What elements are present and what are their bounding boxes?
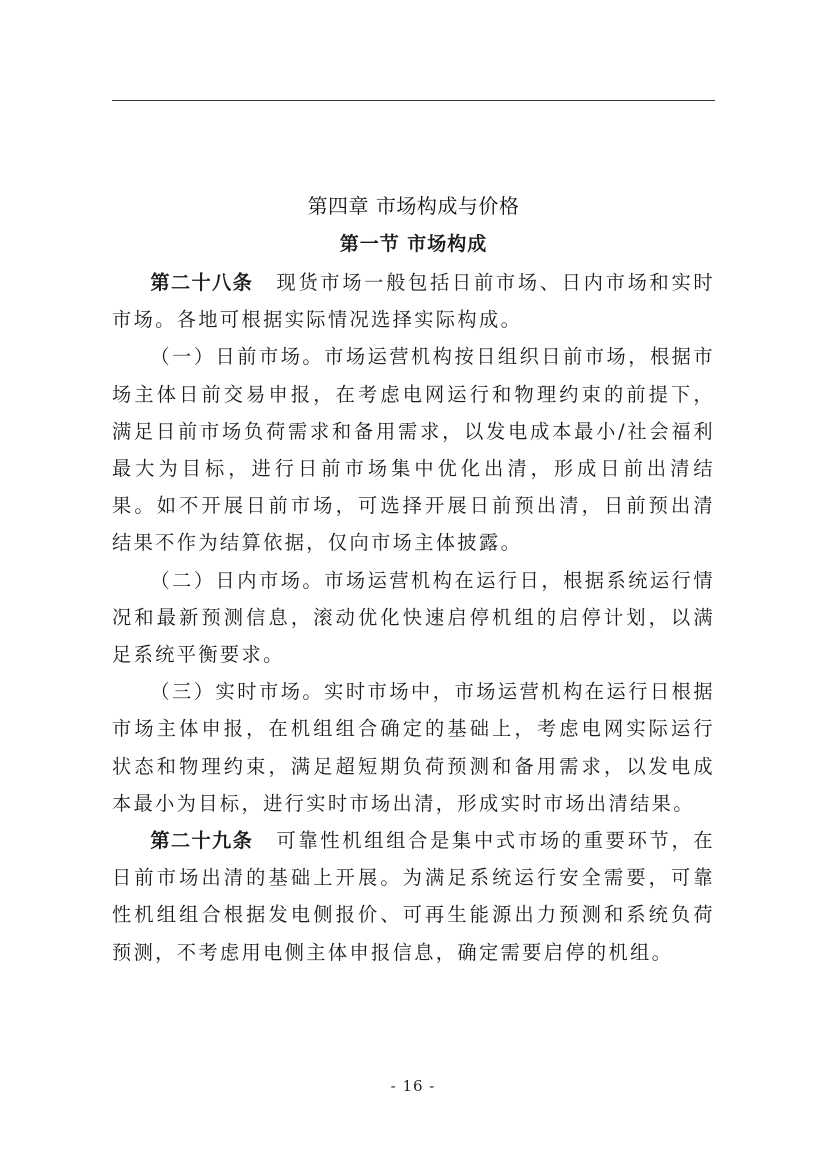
document-page: 第四章 市场构成与价格 第一节 市场构成 第二十八条现货市场一般包括日前市场、日… — [112, 188, 715, 971]
article-label: 第二十八条 — [150, 271, 253, 294]
clause-intraday-market: （二）日内市场。市场运营机构在运行日，根据系统运行情况和最新预测信息，滚动优化快… — [112, 562, 715, 674]
section-title: 第一节 市场构成 — [112, 224, 715, 264]
page-number: - 16 - — [0, 1077, 826, 1095]
article-label: 第二十九条 — [150, 829, 253, 852]
article-28: 第二十八条现货市场一般包括日前市场、日内市场和实时市场。各地可根据实际情况选择实… — [112, 264, 715, 338]
chapter-title: 第四章 市场构成与价格 — [112, 188, 715, 224]
clause-real-time-market: （三）实时市场。实时市场中，市场运营机构在运行日根据市场主体申报，在机组组合确定… — [112, 673, 715, 822]
article-29: 第二十九条可靠性机组组合是集中式市场的重要环节，在日前市场出清的基础上开展。为满… — [112, 822, 715, 971]
clause-day-ahead-market: （一）日前市场。市场运营机构按日组织日前市场，根据市场主体日前交易申报，在考虑电… — [112, 338, 715, 561]
header-rule — [112, 100, 715, 101]
